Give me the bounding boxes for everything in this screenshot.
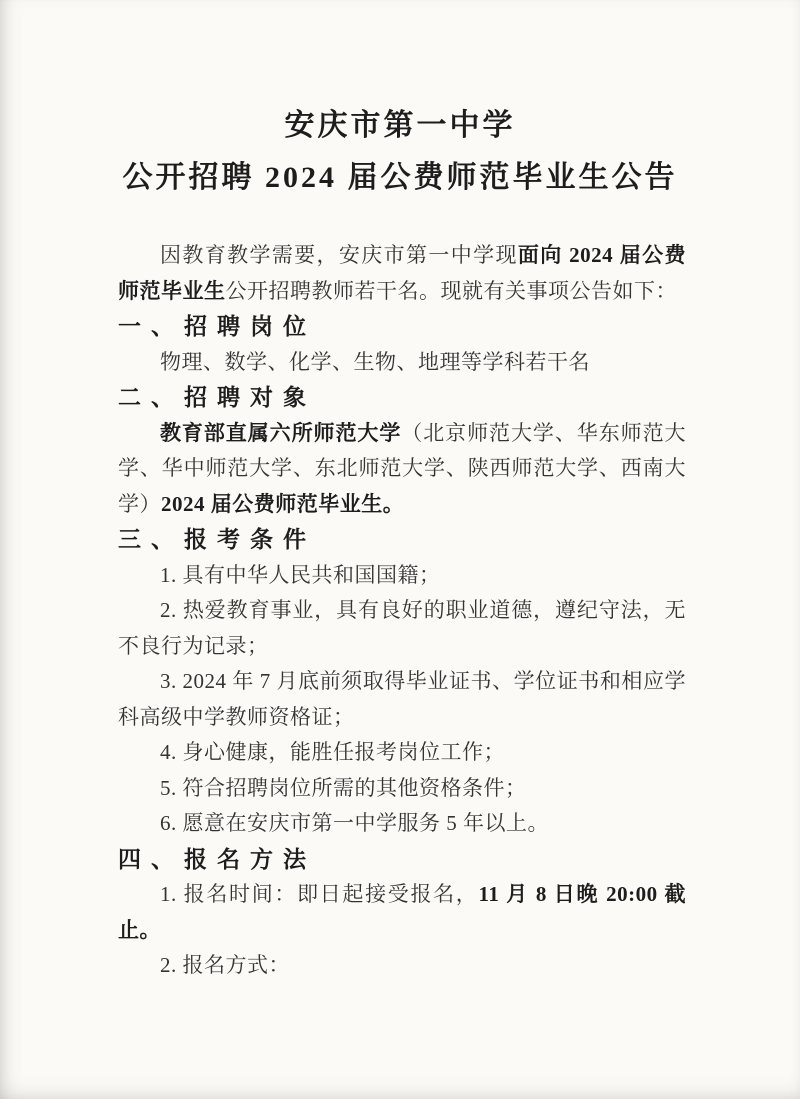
condition-item-3: 3. 2024 年 7 月底前须取得毕业证书、学位证书和相应学科高级中学教师资格… [118, 664, 686, 735]
recruitment-targets-body: 教育部直属六所师范大学（北京师范大学、华东师范大学、华中师范大学、东北师范大学、… [118, 416, 686, 523]
intro-text-pre: 因教育教学需要，安庆市第一中学现 [160, 243, 518, 267]
scanned-document-page: 安庆市第一中学 公开招聘 2024 届公费师范毕业生公告 因教育教学需要，安庆市… [0, 0, 800, 1099]
intro-paragraph: 因教育教学需要，安庆市第一中学现面向 2024 届公费师范毕业生公开招聘教师若干… [118, 238, 686, 309]
intro-text-post: 公开招聘教师若干名。现就有关事项公告如下： [226, 279, 678, 303]
section-heading-recruitment-targets: 二、招聘对象 [118, 380, 686, 416]
condition-item-4: 4. 身心健康，能胜任报考岗位工作； [118, 735, 686, 771]
condition-item-5: 5. 符合招聘岗位所需的其他资格条件； [118, 771, 686, 807]
targets-text-bold-graduates: 2024 届公费师范毕业生。 [161, 492, 404, 516]
section-heading-application-conditions: 三、报考条件 [118, 522, 686, 558]
recruitment-positions-body: 物理、数学、化学、生物、地理等学科若干名 [118, 345, 686, 381]
registration-time-item: 1. 报名时间：即日起接受报名，11 月 8 日晚 20:00 截止。 [118, 877, 686, 948]
condition-item-2: 2. 热爱教育事业，具有良好的职业道德，遵纪守法，无不良行为记录； [118, 593, 686, 664]
document-title-line2: 公开招聘 2024 届公费师范毕业生公告 [0, 152, 800, 204]
condition-item-6: 6. 愿意在安庆市第一中学服务 5 年以上。 [118, 806, 686, 842]
document-title-block: 安庆市第一中学 公开招聘 2024 届公费师范毕业生公告 [0, 0, 800, 204]
targets-text-bold-universities: 教育部直属六所师范大学 [160, 421, 401, 445]
section-heading-recruitment-positions: 一、招聘岗位 [118, 309, 686, 345]
section-heading-registration-method: 四、报名方法 [118, 842, 686, 878]
registration-method-item: 2. 报名方式： [118, 948, 686, 984]
document-title-line1: 安庆市第一中学 [0, 100, 800, 152]
document-body: 因教育教学需要，安庆市第一中学现面向 2024 届公费师范毕业生公开招聘教师若干… [118, 238, 686, 984]
registration-time-pre: 1. 报名时间：即日起接受报名， [160, 882, 479, 906]
condition-item-1: 1. 具有中华人民共和国国籍； [118, 558, 686, 594]
